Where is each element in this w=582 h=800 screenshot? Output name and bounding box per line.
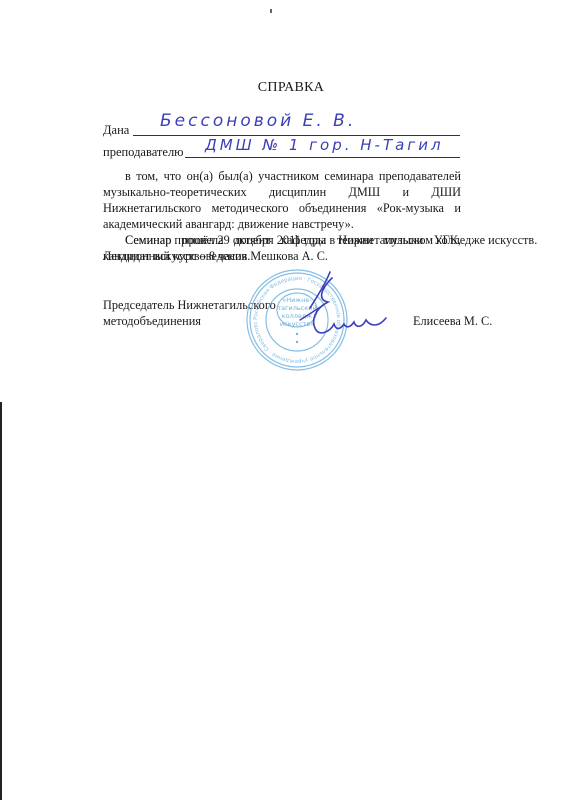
paragraph-date-place: Семинар прошёл 29 октября 2011 года в Ни… <box>125 233 537 248</box>
handwritten-signature-icon <box>290 270 400 360</box>
signatory-name: Елисеева М. С. <box>413 314 492 329</box>
teacher-label: преподавателю <box>103 145 184 160</box>
document-title: СПРАВКА <box>0 80 582 96</box>
given-label: Дана <box>103 123 129 138</box>
teacher-handwritten-value: ДМШ № 1 гор. Н-Тагил <box>205 136 444 154</box>
scan-speck <box>270 9 272 13</box>
given-handwritten-value: Бессоновой Е. В. <box>160 111 356 131</box>
scan-edge-line <box>0 402 2 800</box>
paragraph-participation: в том, что он(а) был(а) участником семин… <box>103 168 461 232</box>
paragraph-hours: Лекционный курс – 8 часов. <box>103 249 250 264</box>
signatory-position-line2: методобъединения <box>103 314 201 329</box>
teacher-underline <box>185 157 460 158</box>
